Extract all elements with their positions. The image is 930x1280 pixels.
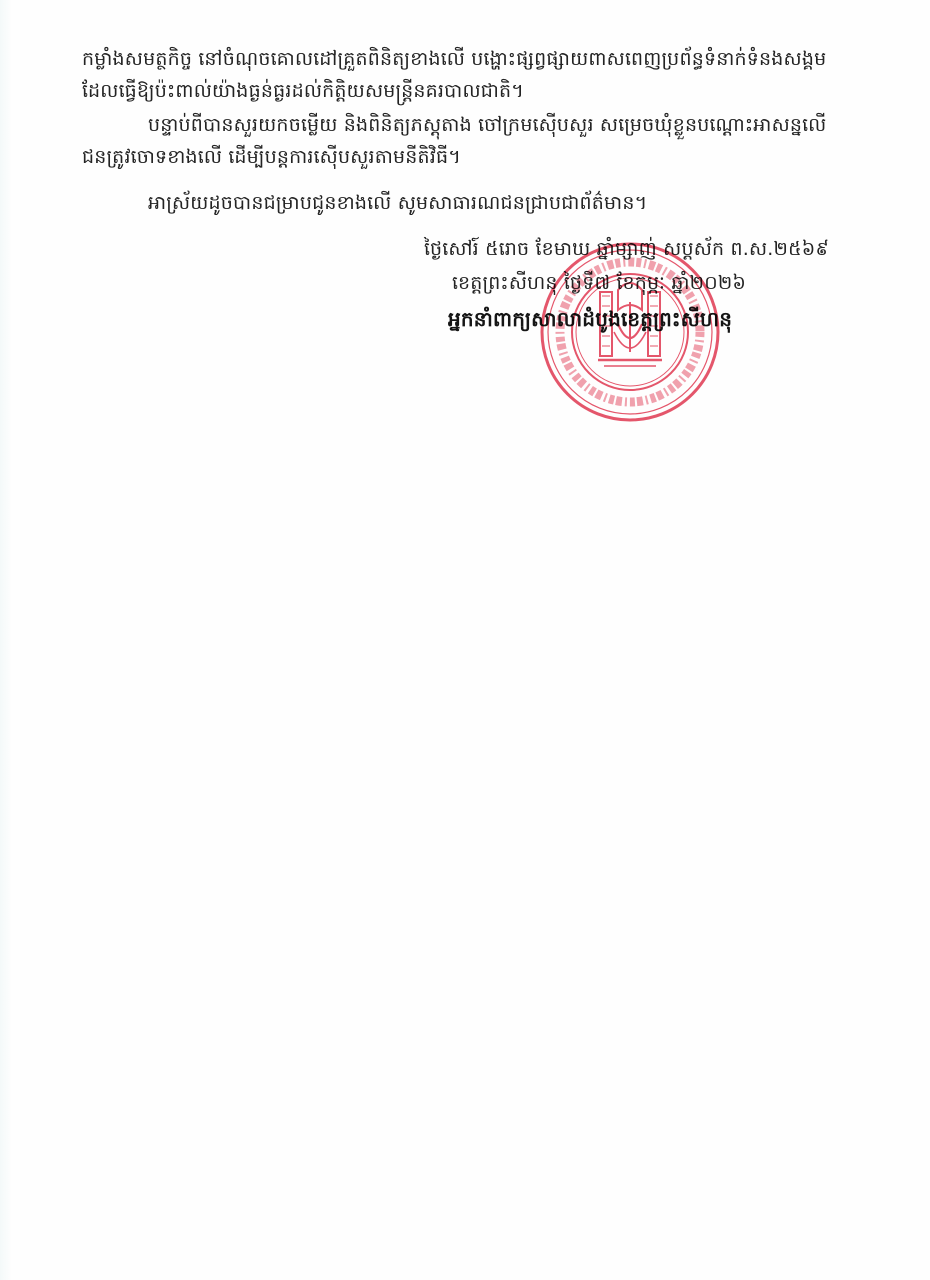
paragraph-3-line-1: អាស្រ័យដូចបានជម្រាបជូនខាងលើ សូមសាធារណជនជ… xyxy=(148,188,647,218)
paragraph-2-line-2: ជនត្រូវចោទខាងលើ ដើម្បីបន្តការស៊ើបសួរតាមន… xyxy=(82,142,461,172)
document-page: កម្លាំងសមត្ថកិច្ច នៅចំណុចគោលដៅគ្រួតពិនិត… xyxy=(0,0,930,1280)
paragraph-1-line-1: កម្លាំងសមត្ថកិច្ច នៅចំណុចគោលដៅគ្រួតពិនិត… xyxy=(82,44,826,74)
scan-edge-shadow xyxy=(0,0,12,1280)
paragraph-1-line-2: ដែលធ្វើឱ្យប៉ះពាល់យ៉ាងធ្ងន់ធ្ងរដល់កិត្តិយ… xyxy=(82,76,524,106)
paragraph-2-line-1: បន្ទាប់ពីបានសួរយកចម្លើយ និងពិនិត្យភស្តុត… xyxy=(148,110,826,140)
signatory-title: អ្នកនាំពាក្យសាលាដំបូងខេត្តព្រះសីហនុ xyxy=(448,304,732,334)
solar-date: ខេត្តព្រះសីហនុ ថ្ងៃទី៧ ខែកុម្ភៈ ឆ្នាំ២០២… xyxy=(452,268,746,298)
lunar-date: ថ្ងៃសៅរ៍ ៥រោច ខែមាឃ ឆ្នាំម្សាញ់ សប្តស័ក … xyxy=(424,234,829,264)
